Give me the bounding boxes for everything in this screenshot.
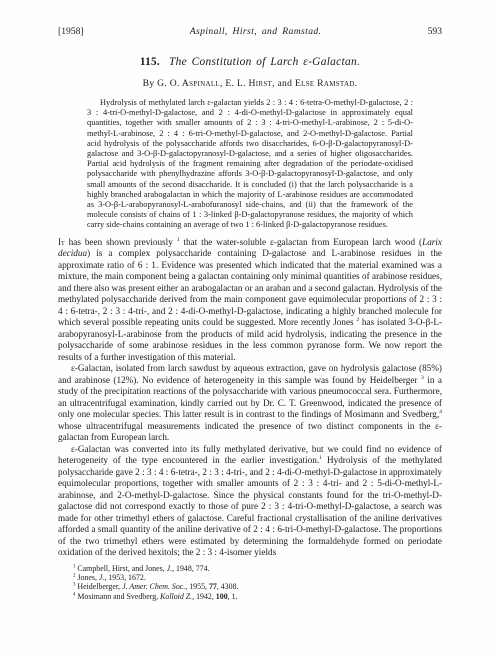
year-label: [1958] <box>58 26 84 37</box>
footnote-4: 4 Mosimann and Svedberg, Kolloid Z., 194… <box>73 592 442 601</box>
page-number: 593 <box>428 26 442 37</box>
running-title: Aspinall, Hirst, and Ramstad. <box>84 26 428 37</box>
abstract: Hydrolysis of methylated larch ε-galacta… <box>87 98 413 231</box>
journal-page: [1958] Aspinall, Hirst, and Ramstad. 593… <box>0 0 500 655</box>
article-number: 115. <box>140 56 160 68</box>
body-paragraph-1: It has been shown previously 1 that the … <box>58 237 442 364</box>
body-paragraph-3: ε-Galactan was converted into its fully … <box>58 444 442 559</box>
footnote-1: 1 Campbell, Hirst, and Jones, J., 1948, … <box>73 564 442 573</box>
article-title: The Constitution of Larch ε-Galactan. <box>169 56 360 68</box>
article-body: It has been shown previously 1 that the … <box>58 237 442 559</box>
body-paragraph-2: ε-Galactan, isolated from larch sawdust … <box>58 363 442 444</box>
article-heading: 115.The Constitution of Larch ε-Galactan… <box>58 52 442 70</box>
footnotes: 1 Campbell, Hirst, and Jones, J., 1948, … <box>58 564 442 602</box>
footnote-2: 2 Jones, J., 1953, 1672. <box>73 573 442 582</box>
byline: By G. O. Aspinall, E. L. Hirst, and Else… <box>58 78 442 89</box>
page-header: [1958] Aspinall, Hirst, and Ramstad. 593 <box>58 26 442 37</box>
footnote-3: 3 Heidelberger, J. Amer. Chem. Soc., 195… <box>73 582 442 591</box>
